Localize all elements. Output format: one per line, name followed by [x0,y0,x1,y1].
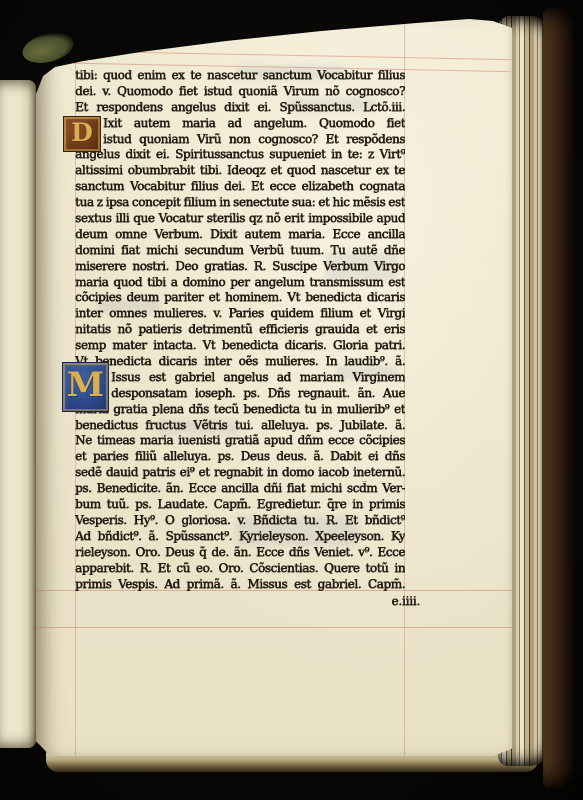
drop-cap-initial-M: M [62,362,109,412]
text-line: miserere nostri. Deo gratias. R. Suscipe… [75,259,405,275]
text-line: bum tuũ. ps. Laudate. Capm̃. Egredietur.… [75,497,405,513]
text-line: maria quod tibi a domino per angelum tra… [75,275,405,291]
text-line: sedẽ dauid patris ei⁹ et regnabit in dom… [75,465,405,481]
plant-fragment [19,28,76,68]
text-line: desponsatam ioseph. ps. Dñs regnauit. ãn… [75,386,405,402]
text-line: apparebit. R. Et cũ eo. Oro. Cõscientias… [75,561,405,577]
text-line: ps. Benedicite. ãn. Ecce ancilla dñi fia… [75,481,405,497]
text-line: Vt benedicta dicaris inter oẽs mulieres.… [75,354,405,370]
signature-mark: e.iiii. [75,594,420,608]
text-line: Ne timeas maria iuenisti gratiã apud dñm… [75,433,405,449]
drop-cap-initial-D: D [63,116,101,152]
text-line: maria gratia plena dñs tecũ benedicta tu… [75,402,405,418]
text-line: tibi: quod enim ex te nascetur sanctum V… [75,68,405,84]
text-line: primis Vespis. Ad primã. ã. Missus est g… [75,577,405,593]
text-line: istud quoniam Virũ non cognosco? Et resp… [75,132,405,148]
text-line: inter omnes mulieres. v. Paries quidem f… [75,306,405,322]
text-line: dei. v. Quomodo fiet istud quoniã Virum … [75,84,405,100]
text-line: Vesperis. Hy⁹. O gloriosa. v. Bñdicta tu… [75,513,405,529]
leather-cover-edge [543,8,574,788]
text-line: Ad bñdict⁹. ã. Spũssanct⁹. Kyrieleyson. … [75,529,405,545]
text-line: deum omne Verbum. Dixit autem maria. Ecc… [75,227,405,243]
text-line: rieleyson. Oro. Deus q̃ de. ãn. Ecce dñs… [75,545,405,561]
ruling-line-top-1 [36,50,512,60]
text-line: altissimi obumbrabit tibi. Ideoqz et quo… [75,163,405,179]
text-line: sextus illi que Vocatur sterilis qz nõ e… [75,211,405,227]
text-line: nitatis nõ patieris detrimentũ efficieri… [75,322,405,338]
book-page: D M tibi: quod enim ex te nascetur sanct… [36,14,512,756]
text-line: benedictus fructus Vẽtris tui. alleluya.… [75,418,405,434]
text-line: domini fiat michi secundum Verbũ tuum. T… [75,243,405,259]
text-line: Et respondens angelus dixit ei. Spũssanc… [75,100,405,116]
facing-page-edge [0,80,36,748]
text-line: sanctum Vocabitur filius dei. Et ecce el… [75,179,405,195]
drop-cap-letter: M [63,363,108,408]
drop-cap-letter: D [64,117,100,148]
text-line: Issus est gabriel angelus ad mariam Virg… [75,370,405,386]
text-line: cõcipies deum pariter et hominem. Vt ben… [75,290,405,306]
text-line: tua z ipsa concepit filium in senectute … [75,195,405,211]
text-line: angelus dixit ei. Spiritussanctus supuen… [75,147,405,163]
text-line: Ixit autem maria ad angelum. Quomodo fie… [75,116,405,132]
text-line: semp mater intacta. Vt benedicta dicaris… [75,338,405,354]
ruling-line-bottom-2 [36,627,512,628]
text-block: tibi: quod enim ex te nascetur sanctum V… [75,68,405,592]
text-line: et paries filiũ alleluya. ps. Deus deus.… [75,449,405,465]
